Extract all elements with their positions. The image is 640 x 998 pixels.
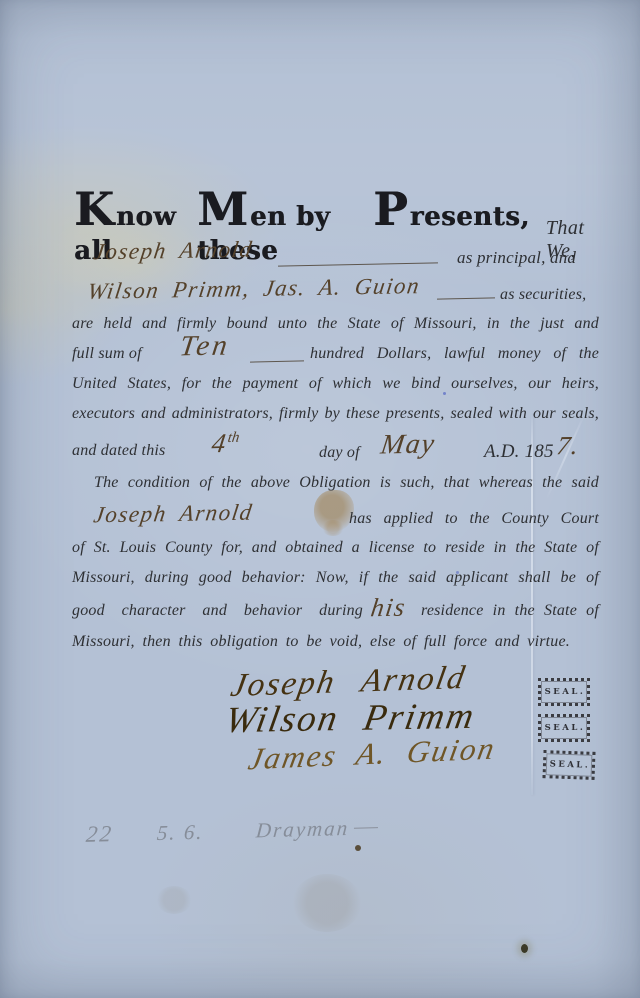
printed-residence: residence in the State of [421,601,599,625]
printed-as-principal: as principal, and [457,247,576,268]
entry-pronoun: his [369,593,408,624]
form-line-condition: The condition of the above Obligation is… [94,473,599,497]
printed-and-dated-this: and dated this [72,441,165,461]
printed-ad-185: A.D. 185 [484,440,554,464]
paper-smudge [292,874,362,932]
seal-2-label: SEAL. [543,723,586,733]
seal-3: SEAL. [543,750,596,780]
printed-good-character: good character and behavior during [72,601,363,625]
blank-line [250,360,304,362]
entry-principal-name: Joseph Arnold [92,237,255,266]
printed-hundred-dollars: hundred Dollars, lawful money of the [310,344,599,368]
ink-stain-faint [322,520,344,536]
pencil-annotation: 22 5. 6. Drayman [86,814,379,848]
pencil-flourish [354,827,378,829]
pencil-word: Drayman [255,816,350,844]
entry-day-suffix: th [227,430,241,446]
printed-day-of: day of [319,443,360,463]
printed-has-applied: has applied to the County Court [349,509,599,533]
heading-word-presents: Presents, [373,182,530,236]
seal-1-label: SEAL. [543,687,586,697]
pencil-code: 5. 6. [156,820,205,846]
printed-as-securities: as securities, [500,285,586,305]
form-line-void: Missouri, then this obligation to be voi… [72,632,570,656]
seal-2: SEAL. [538,714,590,742]
entry-year-digit: 7. [555,431,582,461]
entry-month: May [379,429,438,462]
entry-sum: Ten [178,330,233,364]
form-line-st-louis: of St. Louis County for, and obtained a … [72,538,599,562]
form-line-executors: executors and administrators, firmly by … [72,404,599,428]
blank-line [437,297,495,299]
form-line-united-states: United States, for the payment of which … [72,374,599,398]
printed-full-sum-of: full sum of [72,344,142,364]
ink-dot [521,944,528,953]
entry-applicant-name: Joseph Arnold [92,500,255,529]
entry-securities-names: Wilson Primm, Jas. A. Guion [86,273,422,305]
entry-day: 4th [210,428,241,459]
seal-3-label: SEAL. [548,759,591,770]
pencil-number: 22 [85,821,114,848]
paper-smudge [156,886,192,914]
ink-dot [355,845,361,851]
form-line-bound: are held and firmly bound unto the State… [72,314,599,338]
form-line-behavior: Missouri, during good behavior: Now, if … [72,568,599,592]
scanned-bond-document: Know all Men by these Presents, That We,… [0,0,640,998]
seal-1: SEAL. [538,678,590,706]
